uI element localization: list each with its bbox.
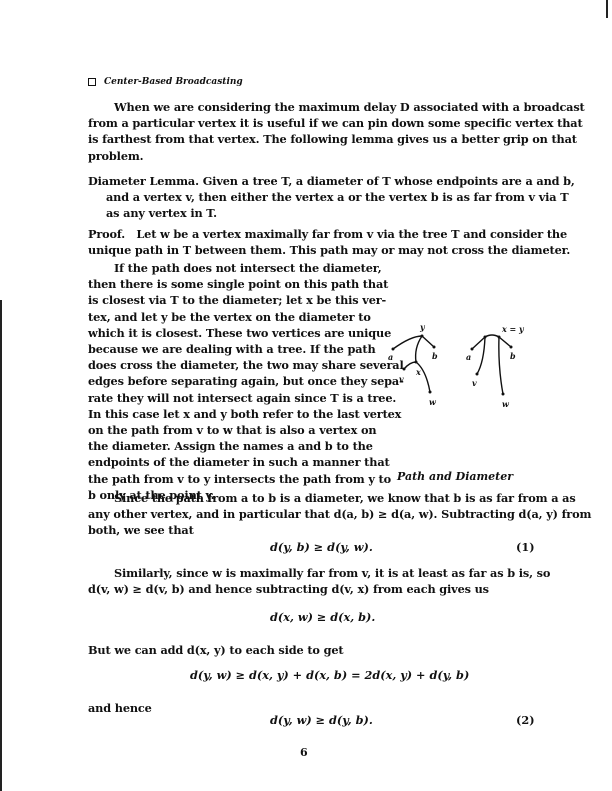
label-a: a — [388, 352, 393, 362]
wrap-line: is closest via T to the diameter; let x … — [88, 292, 360, 308]
wrap-line: which it is closest. These two vertices … — [88, 325, 360, 341]
wrap-line: edges before separating again, but once … — [88, 373, 360, 389]
lemma-line: and a vertex v, then either the vertex a… — [88, 189, 528, 205]
para2-line: Since the path from a to b is a diameter… — [88, 490, 528, 506]
lemma: Diameter Lemma. Given a tree T, a diamet… — [88, 173, 528, 222]
scan-edge-right — [606, 0, 608, 18]
equation-2: d(y, w) ≥ d(y, b). — [270, 713, 373, 727]
lemma-line: Given a tree T, a diameter of T whose en… — [203, 174, 575, 188]
wrap-line: then there is some single point on this … — [88, 276, 360, 292]
wrap-line: on the path from v to w that is also a v… — [88, 422, 360, 438]
path-and-diameter-figure: y a b x v w x = y a b v w — [376, 322, 546, 492]
label-v-right: v — [472, 378, 477, 388]
equation-mid: d(x, w) ≥ d(x, b). — [270, 610, 375, 624]
paragraph-3: Similarly, since w is maximally far from… — [88, 565, 528, 597]
intro-line: problem. — [88, 148, 528, 164]
equation-1: d(y, b) ≥ d(y, w). — [270, 540, 373, 554]
wrap-line: tex, and let y be the vertex on the diam… — [88, 309, 360, 325]
paragraph-2: Since the path from a to b is a diameter… — [88, 490, 528, 539]
wrap-line: In this case let x and y both refer to t… — [88, 406, 360, 422]
paragraph-4: But we can add d(x, y) to each side to g… — [88, 642, 528, 658]
para3-line: Similarly, since w is maximally far from… — [88, 565, 528, 581]
wrap-line: the path from v to y intersects the path… — [88, 471, 360, 487]
lemma-title: Diameter Lemma. — [88, 174, 199, 188]
figure-caption: Path and Diameter — [397, 470, 513, 483]
para2-line: any other vertex, and in particular that… — [88, 506, 528, 522]
wrap-line: If the path does not intersect the diame… — [88, 260, 360, 276]
label-w-right: w — [502, 399, 510, 409]
label-x: x — [415, 367, 421, 377]
equation-1-number: (1) — [516, 540, 535, 554]
proof-line: unique path in T between them. This path… — [88, 242, 528, 258]
square-box-icon — [88, 78, 96, 86]
tree-diagram: y a b x v w x = y a b v w — [376, 322, 546, 472]
label-w: w — [429, 397, 437, 407]
para2-line: both, we see that — [88, 522, 528, 538]
label-v: v — [399, 374, 404, 384]
proof-line: Let w be a vertex maximally far from v v… — [136, 227, 567, 241]
lemma-line: as any vertex in T. — [88, 205, 528, 221]
header-title: Center-Based Broadcasting — [104, 77, 243, 87]
wrap-line: does cross the diameter, the two may sha… — [88, 357, 360, 373]
scan-edge-left — [0, 300, 2, 791]
label-a-right: a — [466, 352, 471, 362]
label-y: y — [419, 322, 426, 332]
intro-line: from a particular vertex it is useful if… — [88, 115, 528, 131]
intro-line: is farthest from that vertex. The follow… — [88, 131, 528, 147]
wrap-line: the diameter. Assign the names a and b t… — [88, 438, 360, 454]
label-b: b — [432, 351, 438, 361]
running-header: Center-Based Broadcasting — [88, 77, 243, 87]
label-b-right: b — [510, 351, 516, 361]
para4-line: But we can add d(x, y) to each side to g… — [88, 642, 528, 658]
wrap-paragraph: If the path does not intersect the diame… — [88, 260, 360, 503]
equation-2-number: (2) — [516, 713, 535, 727]
wrap-line: rate they will not intersect again since… — [88, 390, 360, 406]
wrap-line: endpoints of the diameter in such a mann… — [88, 454, 360, 470]
intro-paragraph: When we are considering the maximum dela… — [88, 99, 528, 164]
proof: Proof. Let w be a vertex maximally far f… — [88, 226, 528, 258]
para3-line: d(v, w) ≥ d(v, b) and hence subtracting … — [88, 581, 528, 597]
intro-line: When we are considering the maximum dela… — [88, 99, 528, 115]
equation-long: d(y, w) ≥ d(x, y) + d(x, b) = 2d(x, y) +… — [190, 668, 469, 682]
page-number: 6 — [300, 746, 308, 759]
label-x-equals-y: x = y — [501, 324, 525, 334]
proof-label: Proof. — [88, 227, 125, 241]
wrap-line: because we are dealing with a tree. If t… — [88, 341, 360, 357]
